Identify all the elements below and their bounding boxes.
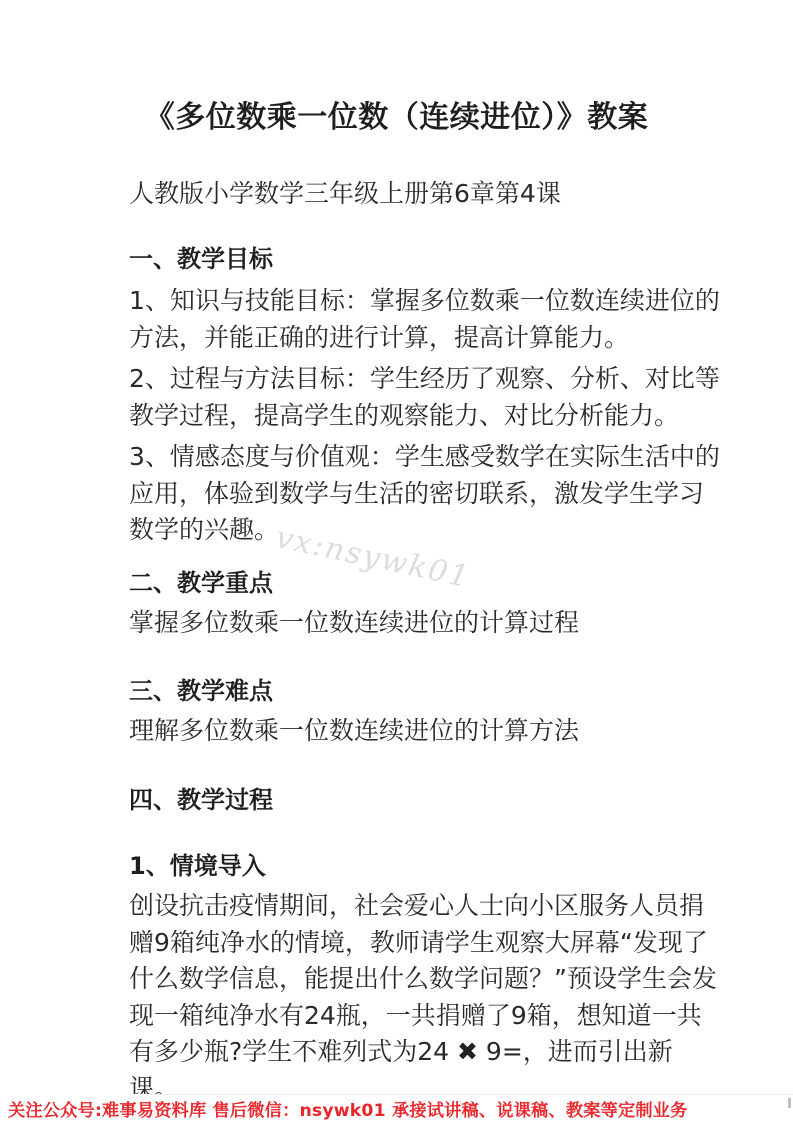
section-teaching-process: 四、教学过程 bbox=[129, 782, 721, 818]
key-point-text: 掌握多位数乘一位数连续进位的计算过程 bbox=[129, 605, 721, 642]
section-heading: 二、教学重点 bbox=[129, 565, 721, 601]
section-difficult-points: 三、教学难点 理解多位数乘一位数连续进位的计算方法 bbox=[129, 673, 721, 750]
subsection-heading: 1、情境导入 bbox=[129, 848, 721, 884]
objective-attitude: 3、情感态度与价值观：学生感受数学在实际生活中的应用，体验到数学与生活的密切联系… bbox=[129, 439, 721, 549]
footer-promo-text: 关注公众号:难事易资料库 售后微信：nsywk01 承接试讲稿、说课稿、教案等定… bbox=[8, 1096, 688, 1121]
difficult-point-text: 理解多位数乘一位数连续进位的计算方法 bbox=[129, 713, 721, 750]
times-icon: ✖ bbox=[457, 1037, 478, 1066]
section-teaching-objectives: 一、教学目标 bbox=[129, 241, 721, 277]
section-heading: 一、教学目标 bbox=[129, 241, 721, 277]
section-heading: 四、教学过程 bbox=[129, 782, 721, 818]
page-corner-mark bbox=[788, 1098, 791, 1108]
objective-knowledge: 1、知识与技能目标：掌握多位数乘一位数连续进位的方法，并能正确的进行计算，提高计… bbox=[129, 283, 721, 356]
scenario-paragraph: 创设抗击疫情期间，社会爱心人士向小区服务人员捐赠9箱纯净水的情境，教师请学生观察… bbox=[129, 888, 721, 1107]
section-key-points: 二、教学重点 掌握多位数乘一位数连续进位的计算过程 bbox=[129, 565, 721, 642]
document-title: 《多位数乘一位数（连续进位）》教案 bbox=[0, 96, 793, 140]
document-page: 《多位数乘一位数（连续进位）》教案 人教版小学数学三年级上册第6章第4课 一、教… bbox=[0, 0, 793, 1122]
footer-divider bbox=[150, 1094, 793, 1095]
subsection-scenario-intro: 1、情境导入 创设抗击疫情期间，社会爱心人士向小区服务人员捐赠9箱纯净水的情境，… bbox=[129, 848, 721, 1107]
section-heading: 三、教学难点 bbox=[129, 673, 721, 709]
document-subtitle: 人教版小学数学三年级上册第6章第4课 bbox=[129, 176, 721, 212]
objective-process: 2、过程与方法目标：学生经历了观察、分析、对比等教学过程，提高学生的观察能力、对… bbox=[129, 361, 721, 434]
section-teaching-objectives-body: 1、知识与技能目标：掌握多位数乘一位数连续进位的方法，并能正确的进行计算，提高计… bbox=[129, 283, 721, 549]
footer-banner: 关注公众号:难事易资料库 售后微信：nsywk01 承接试讲稿、说课稿、教案等定… bbox=[0, 1094, 793, 1122]
